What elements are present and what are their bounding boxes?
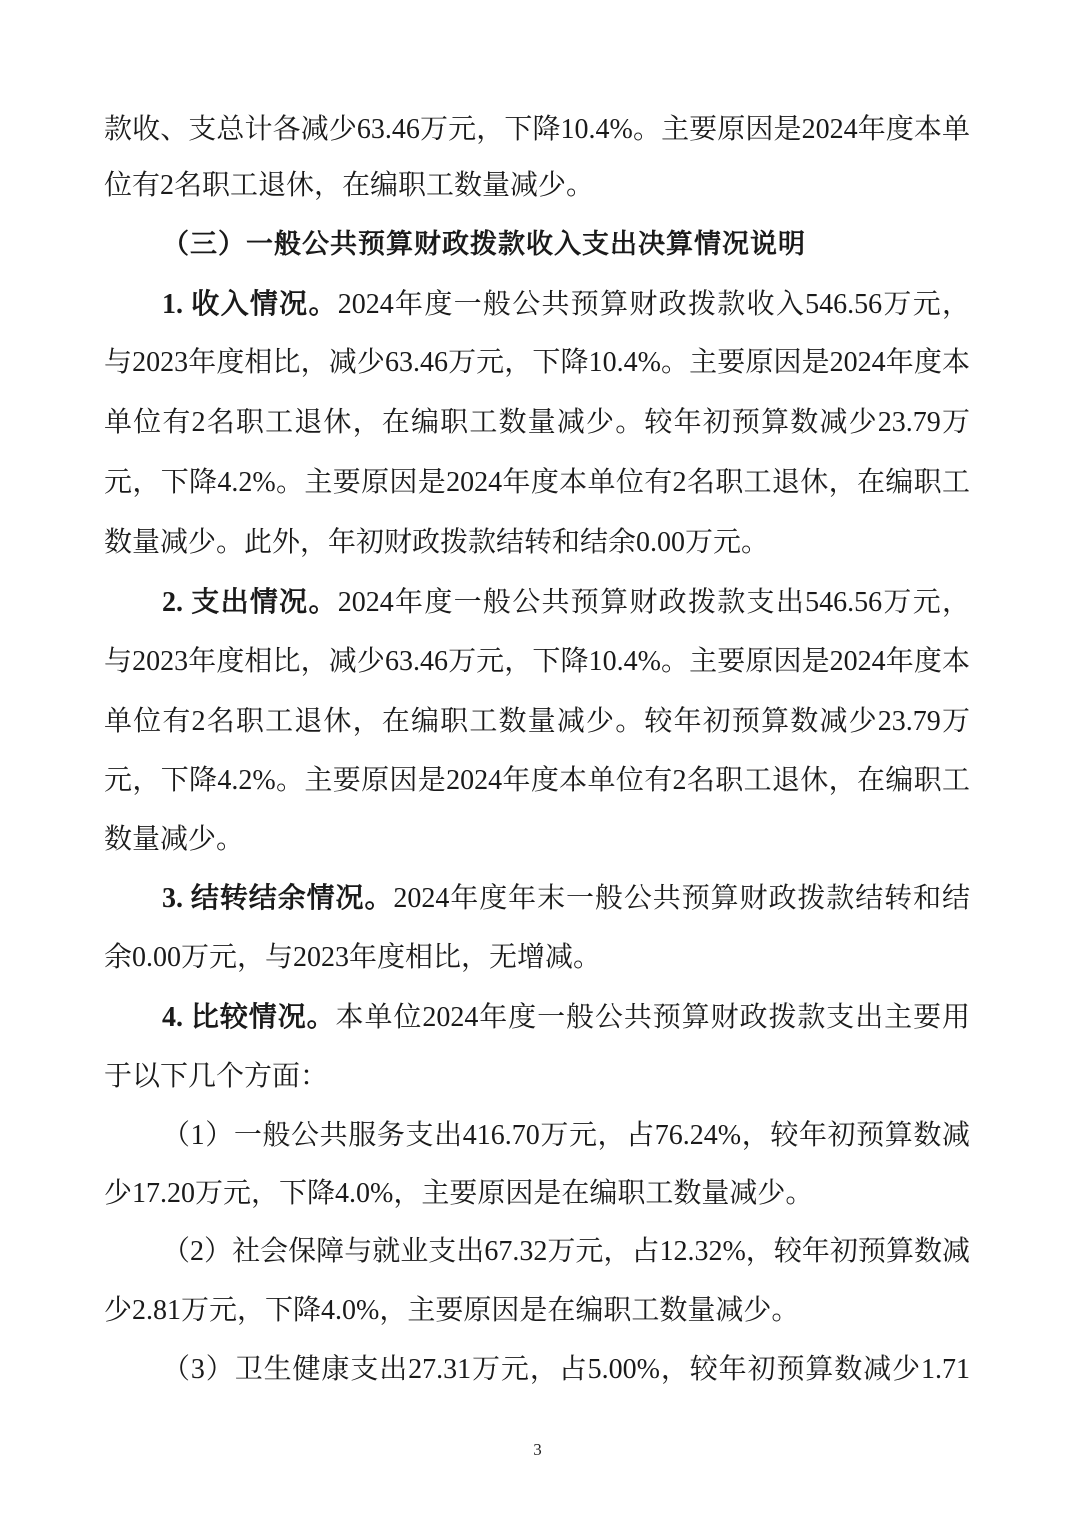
line-text: 2024年度年末一般公共预算财政拨款结转和结 xyxy=(393,883,970,914)
paragraph-line: （1）一般公共服务支出416.70万元，占76.24%，较年初预算数减 xyxy=(162,1116,970,1156)
line-text: 2024年度一般公共预算财政拨款收入546.56万元， xyxy=(338,289,970,320)
section-heading: （三）一般公共预算财政拨款收入支出决算情况说明 xyxy=(162,225,806,265)
page-number: 3 xyxy=(0,1438,1075,1462)
paragraph-line: 位有2名职工退休，在编职工数量减少。 xyxy=(104,166,970,206)
paragraph-line: 与2023年度相比，减少63.46万元，下降10.4%。主要原因是2024年度本 xyxy=(104,343,970,383)
item-lead-income: 1. 收入情况。 xyxy=(162,289,338,320)
paragraph-line: 单位有2名职工退休，在编职工数量减少。较年初预算数减少23.79万 xyxy=(104,403,970,443)
paragraph-line: 数量减少。此外，年初财政拨款结转和结余0.00万元。 xyxy=(104,523,970,563)
item-lead-carryover: 3. 结转结余情况。 xyxy=(162,883,393,914)
paragraph-line: 单位有2名职工退休，在编职工数量减少。较年初预算数减少23.79万 xyxy=(104,702,970,742)
paragraph-line: 少2.81万元，下降4.0%，主要原因是在编职工数量减少。 xyxy=(104,1291,970,1331)
line-text: 本单位2024年度一般公共预算财政拨款支出主要用 xyxy=(336,1002,970,1033)
line-text: 2024年度一般公共预算财政拨款支出546.56万元， xyxy=(338,587,970,618)
paragraph-line: 元，下降4.2%。主要原因是2024年度本单位有2名职工退休，在编职工 xyxy=(104,761,970,801)
item-lead-comparison: 4. 比较情况。 xyxy=(162,1002,336,1033)
paragraph-line: 3. 结转结余情况。2024年度年末一般公共预算财政拨款结转和结 xyxy=(162,879,970,919)
paragraph-line: 元，下降4.2%。主要原因是2024年度本单位有2名职工退休，在编职工 xyxy=(104,463,970,503)
paragraph-line: 款收、支总计各减少63.46万元，下降10.4%。主要原因是2024年度本单 xyxy=(104,110,970,150)
paragraph-line: 数量减少。 xyxy=(104,820,970,860)
document-page: 款收、支总计各减少63.46万元，下降10.4%。主要原因是2024年度本单 位… xyxy=(0,0,1075,1520)
paragraph-line: （3）卫生健康支出27.31万元，占5.00%，较年初预算数减少1.71 xyxy=(162,1350,970,1390)
paragraph-line: 少17.20万元，下降4.0%，主要原因是在编职工数量减少。 xyxy=(104,1174,970,1214)
paragraph-line: （2）社会保障与就业支出67.32万元，占12.32%，较年初预算数减 xyxy=(162,1232,970,1272)
paragraph-line: 1. 收入情况。2024年度一般公共预算财政拨款收入546.56万元， xyxy=(162,285,970,325)
paragraph-line: 2. 支出情况。2024年度一般公共预算财政拨款支出546.56万元， xyxy=(162,583,970,623)
paragraph-line: 4. 比较情况。本单位2024年度一般公共预算财政拨款支出主要用 xyxy=(162,998,970,1038)
item-lead-expenditure: 2. 支出情况。 xyxy=(162,587,338,618)
paragraph-line: 于以下几个方面： xyxy=(104,1057,970,1097)
paragraph-line: 与2023年度相比，减少63.46万元，下降10.4%。主要原因是2024年度本 xyxy=(104,642,970,682)
paragraph-line: 余0.00万元，与2023年度相比，无增减。 xyxy=(104,938,970,978)
